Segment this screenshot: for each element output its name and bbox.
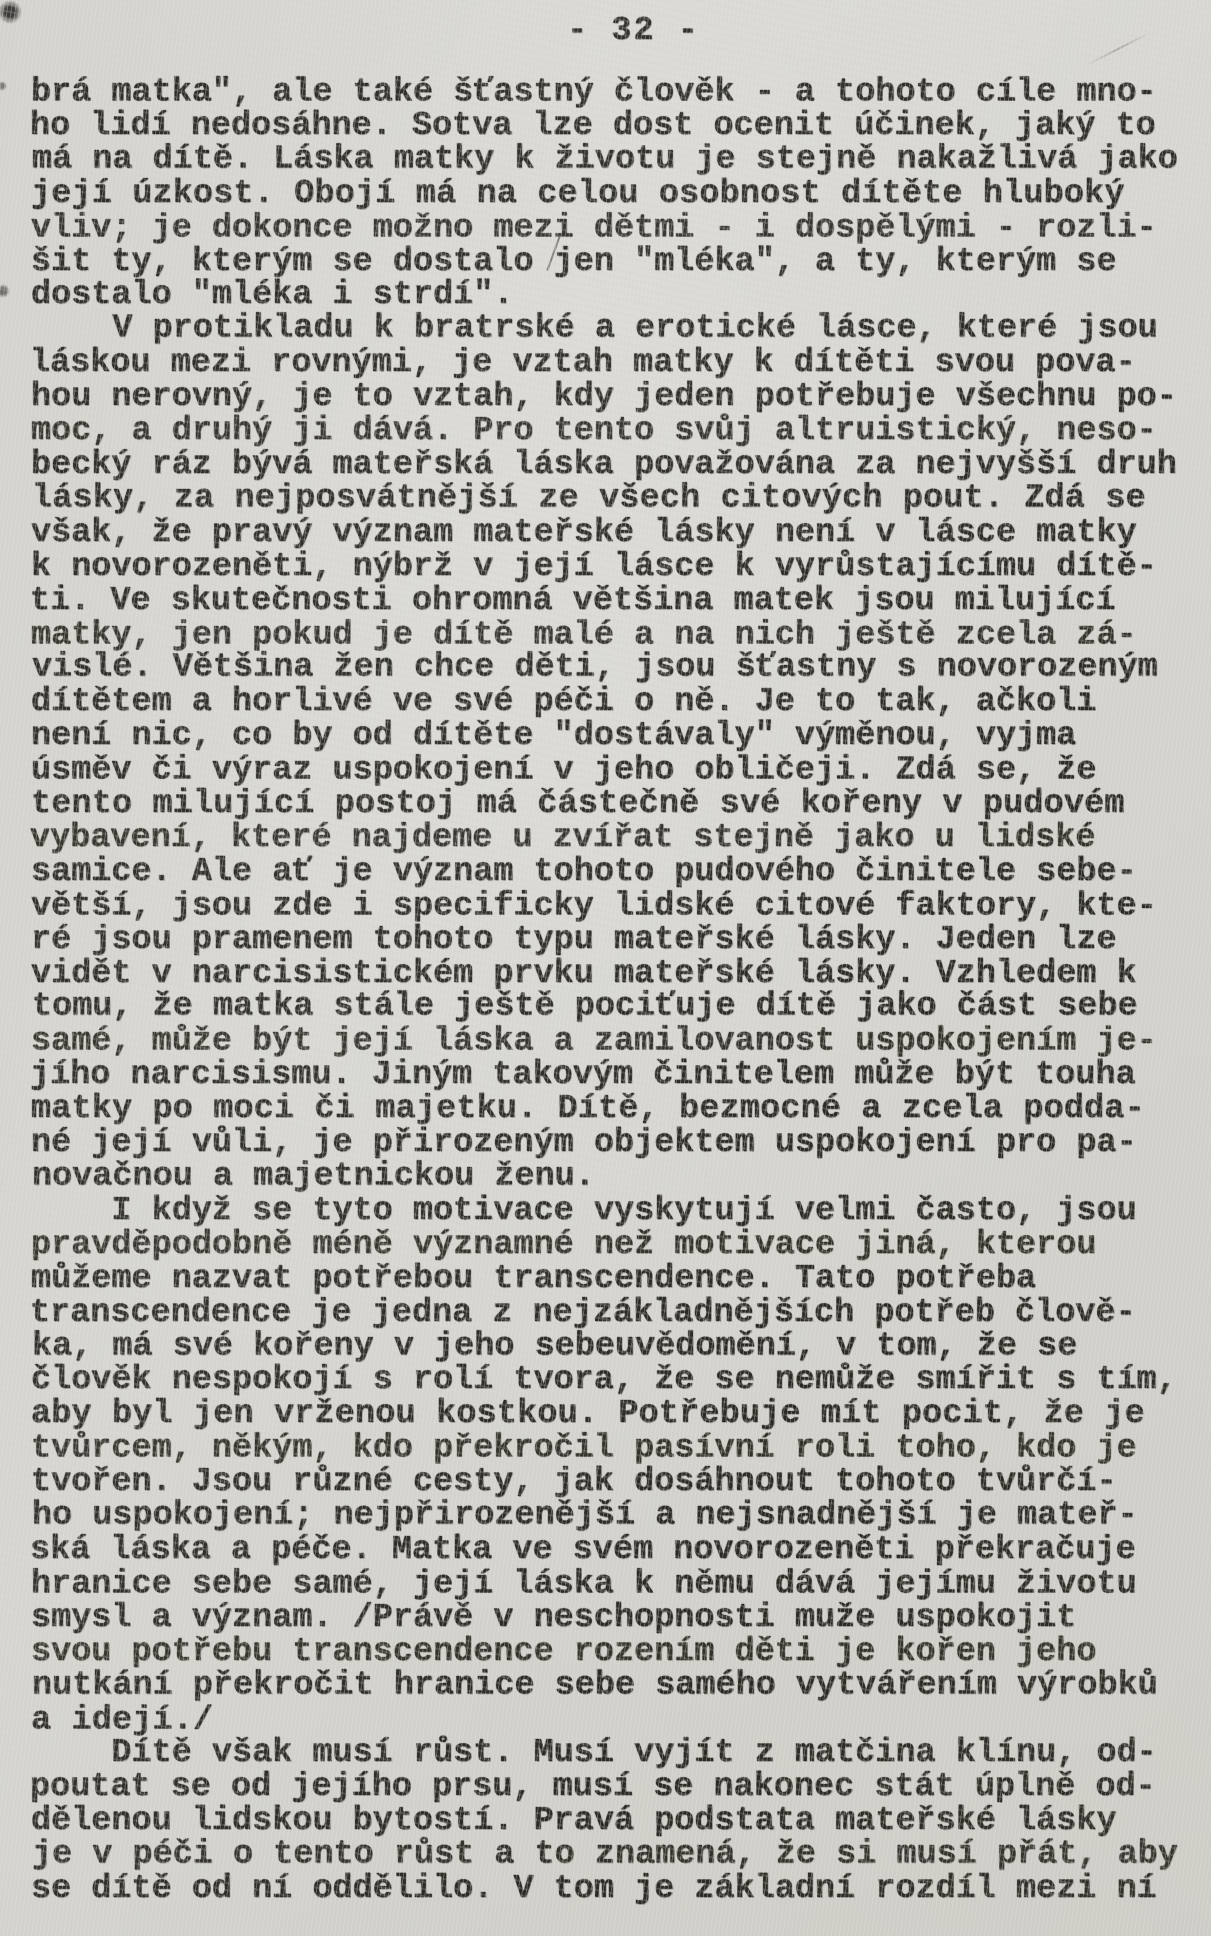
text-line: né její vůli, je přirozeným objektem usp… [31, 1127, 1177, 1161]
text-line: má na dítě. Láska matky k životu je stej… [32, 143, 1178, 177]
text-line: becký ráz bývá mateřská láska považována… [31, 449, 1177, 483]
text-line: hou nerovný, je to vztah, kdy jeden potř… [31, 381, 1177, 415]
text-line: novačnou a majetnickou ženu. [32, 1161, 1178, 1195]
text-line: však, že pravý význam mateřské lásky nen… [31, 517, 1177, 551]
text-line: a idejí./ [31, 1704, 1177, 1738]
text-line: Dítě však musí růst. Musí vyjít z matčin… [31, 1737, 1177, 1771]
text-line: ho uspokojení; nejpřirozenější a nejsnad… [32, 1500, 1178, 1534]
text-line: lásky, za nejposvátnější ze všech citový… [32, 482, 1178, 516]
text-line: není nic, co by od dítěte "dostávaly" vý… [31, 720, 1177, 754]
text-line: tomu, že matka stále ještě pociťuje dítě… [32, 991, 1178, 1025]
text-line: poutat se od jejího prsu, musí se nakone… [30, 1771, 1176, 1805]
text-line: I když se tyto motivace vyskytují velmi … [31, 1195, 1177, 1229]
text-line: matky po moci či majetku. Dítě, bezmocné… [31, 1093, 1177, 1127]
text-line: tento milující postoj má částečně své ko… [31, 788, 1177, 822]
text-line: samice. Ale ať je význam tohoto pudového… [31, 856, 1177, 890]
text-line: ho lidí nedosáhne. Sotva lze dost ocenit… [30, 110, 1176, 144]
text-line: pravděpodobně méně významné než motivace… [31, 1229, 1177, 1263]
page-body-text: brá matka", ale také šťastný člověk - a … [31, 76, 1177, 1907]
text-line: úsměv či výraz uspokojení v jeho obličej… [31, 755, 1177, 789]
text-line: šit ty, kterým se dostalo jen "mléka", a… [31, 246, 1177, 280]
text-line: matky, jen pokud je dítě malé a na nich … [31, 619, 1177, 653]
text-line: můžeme nazvat potřebou transcendence. Ta… [31, 1263, 1177, 1297]
text-line: vislé. Většina žen chce děti, jsou šťast… [32, 652, 1178, 686]
text-line: je v péči o tento růst a to znamená, že … [32, 1839, 1178, 1873]
text-line: ti. Ve skutečnosti ohromná většina matek… [30, 585, 1176, 619]
text-line: vybavení, které najdeme u zvířat stejně … [30, 822, 1176, 856]
text-line: samé, může být její láska a zamilovanost… [31, 1026, 1177, 1060]
text-line: větší, jsou zde i specificky lidské cito… [31, 890, 1177, 924]
text-line: láskou mezi rovnými, je vztah matky k dí… [30, 347, 1176, 381]
text-line: tvořen. Jsou různé cesty, jak dosáhnout … [31, 1466, 1177, 1500]
text-line: dělenou lidskou bytostí. Pravá podstata … [31, 1805, 1177, 1839]
text-line: ré jsou pramenem tohoto typu mateřské lá… [31, 924, 1177, 958]
text-line: nutkání překročit hranice sebe samého vy… [32, 1669, 1178, 1703]
text-line: vliv; je dokonce možno mezi dětmi - i do… [31, 212, 1177, 246]
text-line: svou potřebu transcendence rozením děti … [31, 1636, 1177, 1670]
text-line: dítětem a horlivé ve své péči o ně. Je t… [31, 686, 1177, 720]
text-line: jího narcisismu. Jiným takovým činitelem… [30, 1059, 1176, 1093]
text-line: brá matka", ale také šťastný člověk - a … [31, 76, 1177, 110]
page-number: - 32 - [0, 12, 1211, 50]
text-line: smysl a význam. /Právě v neschopnosti mu… [31, 1602, 1177, 1636]
text-line: moc, a druhý ji dává. Pro tento svůj alt… [31, 415, 1177, 449]
text-line: aby byl jen vrženou kostkou. Potřebuje m… [31, 1398, 1177, 1432]
text-line: ská láska a péče. Matka ve svém novoroze… [30, 1534, 1176, 1568]
text-line: vidět v narcisistickém prvku mateřské lá… [31, 958, 1177, 992]
text-line: hranice sebe samé, její láska k němu dáv… [31, 1568, 1177, 1602]
text-line: transcendence je jedna z nejzákladnějšíc… [30, 1297, 1176, 1331]
text-line: člověk nespokojí s rolí tvora, že se nem… [31, 1364, 1177, 1398]
text-line: její úzkost. Obojí má na celou osobnost … [31, 178, 1177, 212]
text-line: V protikladu k bratrské a erotické lásce… [32, 313, 1178, 347]
text-line: tvůrcem, někým, kdo překročil pasívní ro… [31, 1433, 1177, 1467]
text-line: se dítě od ní oddělilo. V tom je základn… [31, 1873, 1177, 1907]
text-line: ka, má své kořeny v jeho sebeuvědomění, … [32, 1330, 1178, 1364]
text-line: k novorozeněti, nýbrž v její lásce k vyr… [31, 551, 1177, 585]
text-line: dostalo "mléka i strdí". [31, 279, 1177, 313]
scanned-document-page: - 32 - brá matka", ale také šťastný člov… [0, 0, 1211, 1936]
